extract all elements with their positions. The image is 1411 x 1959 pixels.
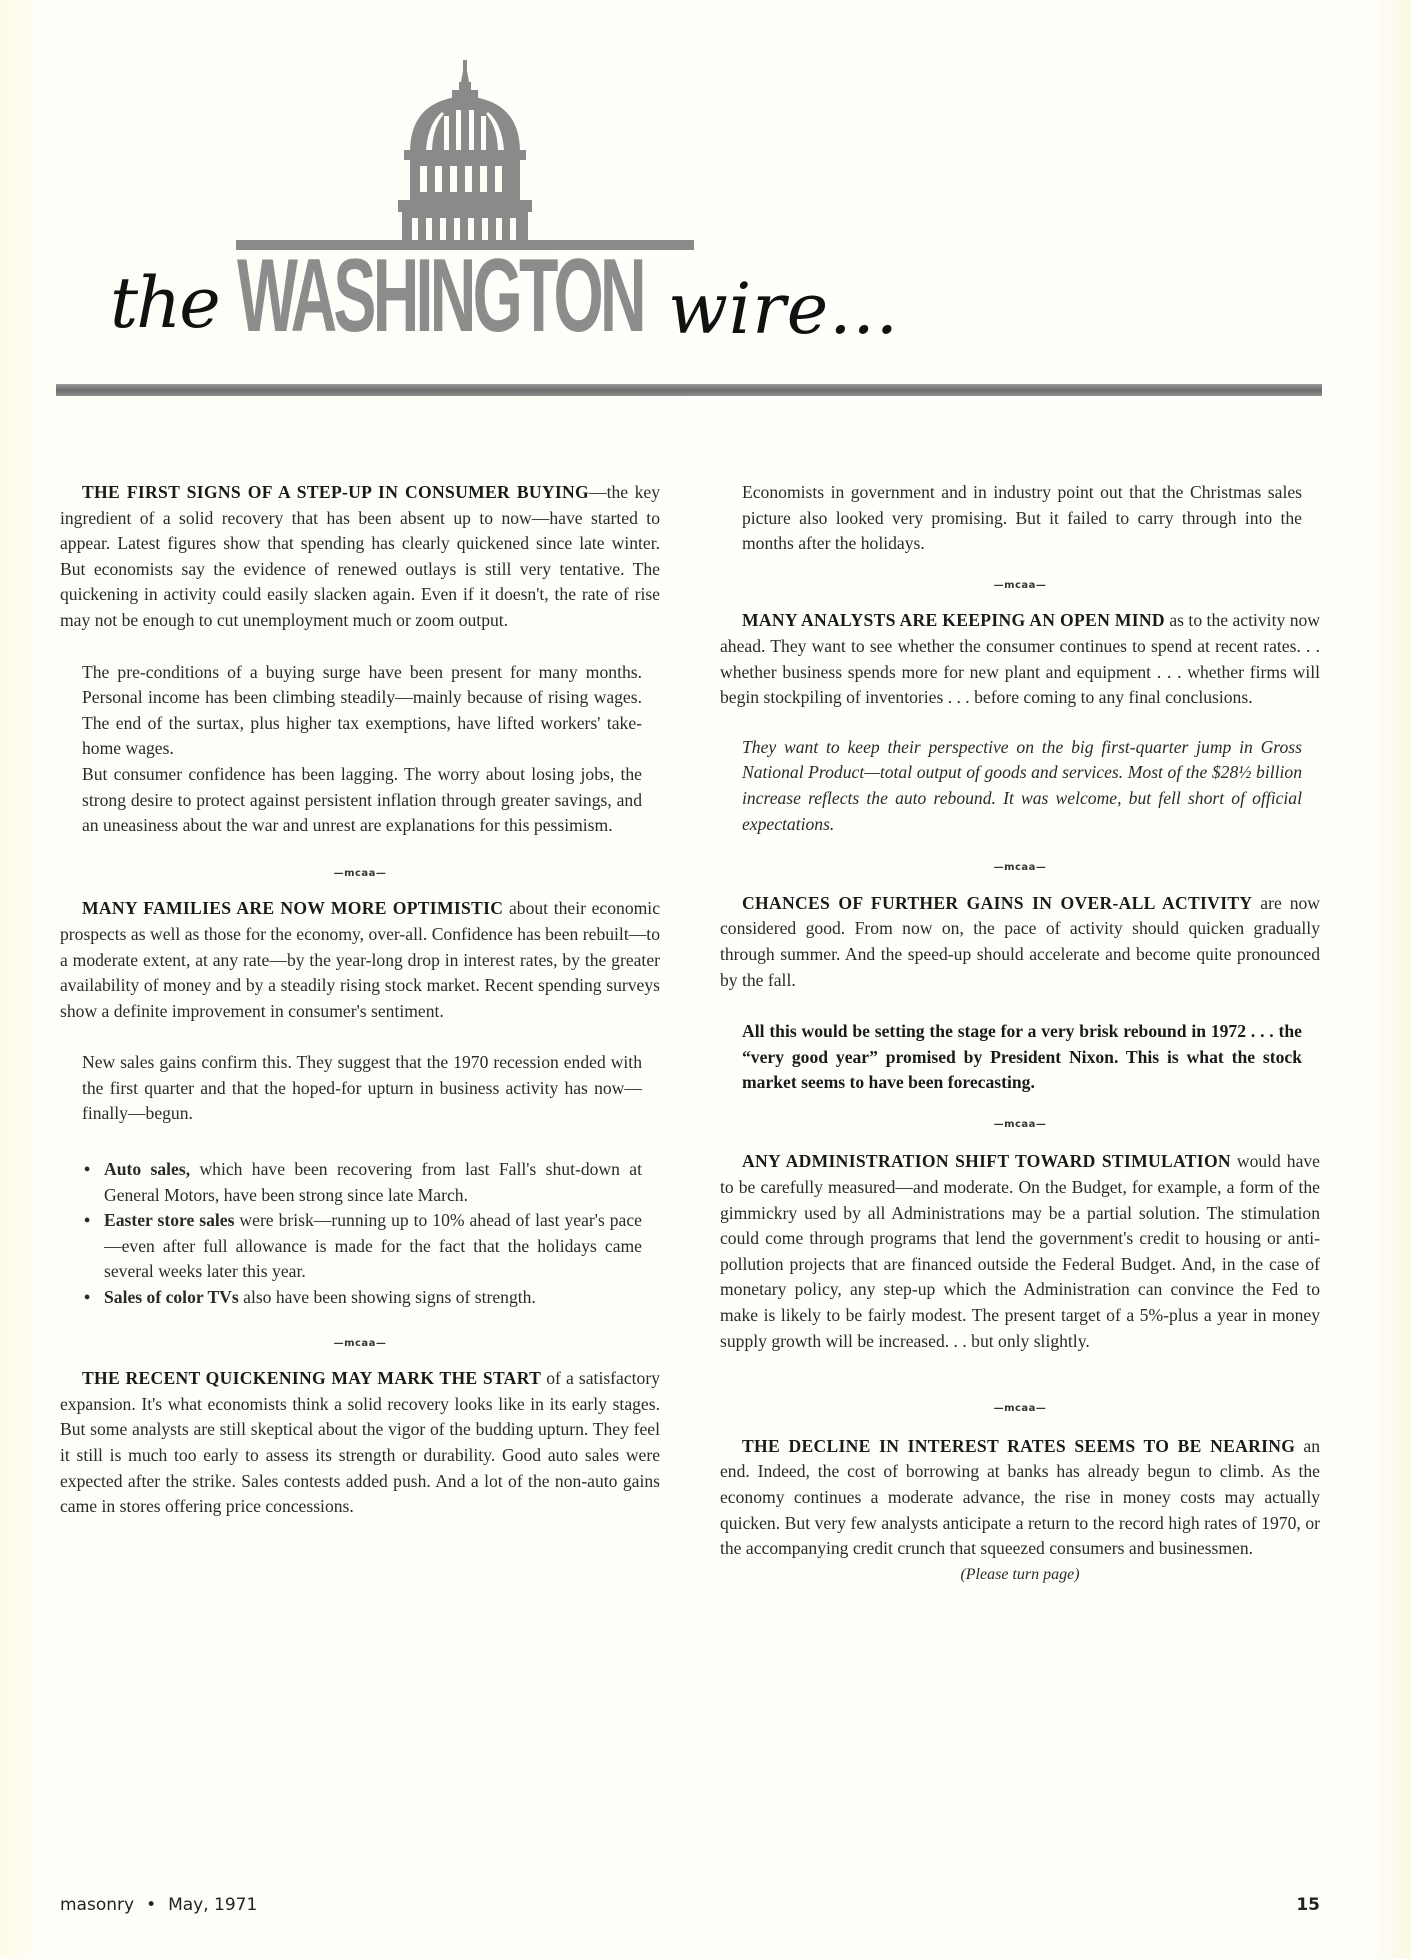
indented-paragraph: New sales gains confirm this. They sugge… bbox=[82, 1050, 642, 1127]
right-column: Economists in government and in industry… bbox=[720, 480, 1320, 1587]
section-headline: CHANCES OF FURTHER GAINS IN OVER-ALL ACT… bbox=[742, 893, 1252, 913]
masthead: WASHINGTON the wire... bbox=[0, 0, 1411, 420]
section-headline: THE RECENT QUICKENING MAY MARK THE START bbox=[82, 1368, 541, 1388]
page-footer: masonry•May, 1971 15 bbox=[60, 1895, 1320, 1917]
article-section: ANY ADMINISTRATION SHIFT TOWARD STIMULAT… bbox=[720, 1149, 1320, 1354]
section-separator: —mcaa— bbox=[60, 861, 660, 887]
bullet-bold-lead: Auto sales, bbox=[104, 1159, 190, 1179]
footer-credit: masonry•May, 1971 bbox=[60, 1895, 257, 1915]
article-section: THE RECENT QUICKENING MAY MARK THE START… bbox=[60, 1366, 660, 1520]
section-headline: THE FIRST SIGNS OF A STEP-UP IN CONSUMER… bbox=[82, 482, 589, 502]
section-lead-text: would have to be carefully measured—and … bbox=[720, 1151, 1320, 1350]
bullet-item: Easter store sales were brisk—running up… bbox=[82, 1208, 642, 1285]
left-column: THE FIRST SIGNS OF A STEP-UP IN CONSUMER… bbox=[60, 480, 660, 1520]
masthead-script-prefix: the bbox=[110, 262, 219, 344]
masthead-rule bbox=[56, 384, 1322, 396]
section-separator: —mcaa— bbox=[720, 1396, 1320, 1422]
article-section: THE DECLINE IN INTEREST RATES SEEMS TO B… bbox=[720, 1434, 1320, 1562]
section-lead-text: —the key ingredient of a solid recovery … bbox=[60, 482, 660, 630]
bullet-list: Auto sales, which have been recovering f… bbox=[82, 1157, 642, 1311]
indented-paragraph: But consumer confidence has been lagging… bbox=[82, 762, 642, 839]
section-separator: —mcaa— bbox=[720, 855, 1320, 881]
italic-paragraph: They want to keep their perspective on t… bbox=[742, 735, 1302, 837]
magazine-page: WASHINGTON the wire... THE FIRST SIGNS O… bbox=[0, 0, 1411, 1959]
section-headline: MANY ANALYSTS ARE KEEPING AN OPEN MIND bbox=[742, 610, 1165, 630]
bullet-text: also have been showing signs of strength… bbox=[239, 1287, 536, 1307]
masthead-title-word: WASHINGTON bbox=[237, 246, 458, 346]
bullet-item: Auto sales, which have been recovering f… bbox=[82, 1157, 642, 1208]
article-section: MANY FAMILIES ARE NOW MORE OPTIMISTIC ab… bbox=[60, 896, 660, 1024]
bullet-bold-lead: Sales of color TVs bbox=[104, 1287, 239, 1307]
article-section: MANY ANALYSTS ARE KEEPING AN OPEN MIND a… bbox=[720, 608, 1320, 710]
section-separator: —mcaa— bbox=[720, 1112, 1320, 1138]
bold-paragraph: All this would be setting the stage for … bbox=[742, 1019, 1302, 1096]
capitol-dome-icon bbox=[230, 60, 710, 250]
indented-paragraph: The pre-conditions of a buying surge hav… bbox=[82, 660, 642, 762]
section-separator: —mcaa— bbox=[60, 1331, 660, 1357]
bullet-bold-lead: Easter store sales bbox=[104, 1210, 234, 1230]
publication-name: masonry bbox=[60, 1895, 134, 1915]
masthead-script-suffix: wire... bbox=[668, 268, 899, 350]
article-section: CHANCES OF FURTHER GAINS IN OVER-ALL ACT… bbox=[720, 891, 1320, 993]
bullet-item: Sales of color TVs also have been showin… bbox=[82, 1285, 642, 1311]
indented-paragraph: Economists in government and in industry… bbox=[742, 480, 1302, 557]
section-headline: MANY FAMILIES ARE NOW MORE OPTIMISTIC bbox=[82, 898, 503, 918]
page-number: 15 bbox=[1296, 1895, 1320, 1915]
section-headline: THE DECLINE IN INTEREST RATES SEEMS TO B… bbox=[742, 1436, 1295, 1456]
section-headline: ANY ADMINISTRATION SHIFT TOWARD STIMULAT… bbox=[742, 1151, 1231, 1171]
turn-page-note: (Please turn page) bbox=[720, 1562, 1320, 1588]
bullet-separator-icon: • bbox=[146, 1895, 156, 1915]
section-separator: —mcaa— bbox=[720, 573, 1320, 599]
article-section: THE FIRST SIGNS OF A STEP-UP IN CONSUMER… bbox=[60, 480, 660, 634]
issue-date: May, 1971 bbox=[168, 1895, 257, 1915]
section-lead-text: of a satisfactory expansion. It's what e… bbox=[60, 1368, 660, 1516]
